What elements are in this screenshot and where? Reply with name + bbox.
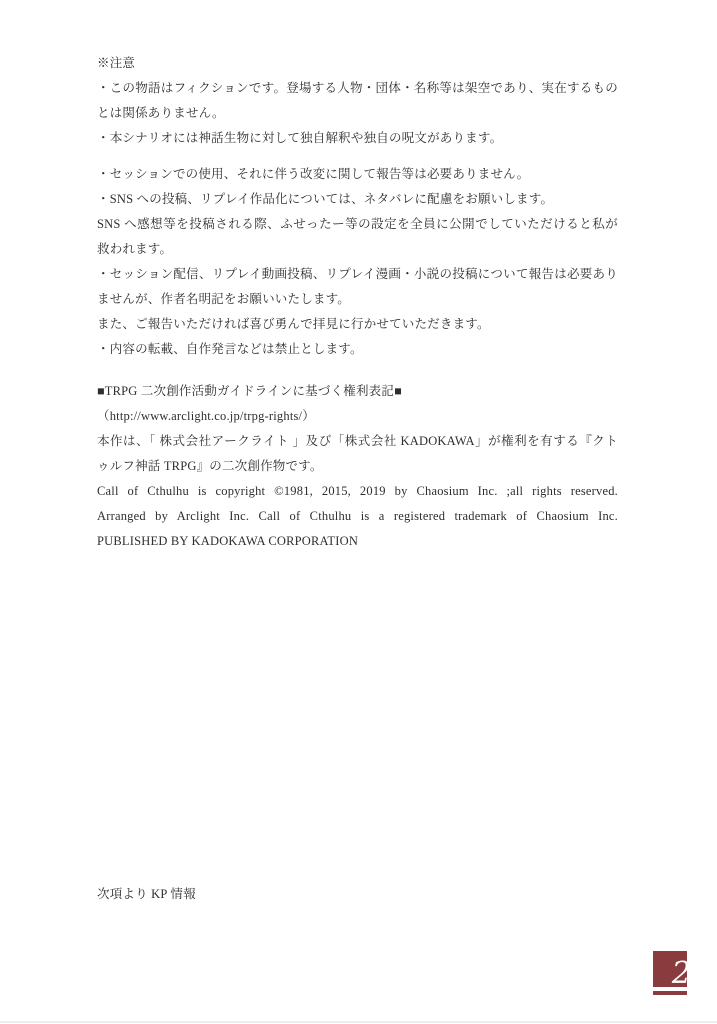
accent-bar <box>653 991 687 995</box>
notice-line: ・この物語はフィクションです。登場する人物・団体・名称等は架空であり、実在するも… <box>97 76 618 101</box>
notice-line: ・本シナリオには神話生物に対して独自解釈や独自の呪文があります。 <box>97 126 618 151</box>
rights-url: （http://www.arclight.co.jp/trpg-rights/） <box>97 404 618 429</box>
notice-line: SNS へ感想等を投稿される際、ふせったー等の設定を全員に公開でしていただけると… <box>97 212 618 237</box>
document-page: ※注意 ・この物語はフィクションです。登場する人物・団体・名称等は架空であり、実… <box>0 0 717 1024</box>
rights-line: ゥルフ神話 TRPG』の二次創作物です。 <box>97 454 618 479</box>
page-number-badge: 2 <box>653 951 687 987</box>
notice-line: 救われます。 <box>97 237 618 262</box>
rights-line: 本作は、「 株式会社アークライト 」及び「株式会社 KADOKAWA」が権利を有… <box>97 429 618 454</box>
rights-heading: ■TRPG 二次創作活動ガイドラインに基づく権利表記■ <box>97 379 618 404</box>
notice-line: ・SNS への投稿、リプレイ作品化については、ネタバレに配慮をお願いします。 <box>97 187 618 212</box>
notice-line: とは関係ありません。 <box>97 101 618 126</box>
notice-line: ・セッション配信、リプレイ動画投稿、リプレイ漫画・小説の投稿について報告は必要あ… <box>97 262 618 287</box>
notice-line: ・セッションでの使用、それに伴う改変に関して報告等は必要ありません。 <box>97 162 618 187</box>
copyright-line: Arranged by Arclight Inc. Call of Cthulh… <box>97 504 618 529</box>
page-bottom-edge <box>0 1021 717 1023</box>
copyright-line: PUBLISHED BY KADOKAWA CORPORATION <box>97 529 618 554</box>
notice-line: また、ご報告いただければ喜び勇んで拝見に行かせていただきます。 <box>97 312 618 337</box>
notice-text-block: ※注意 ・この物語はフィクションです。登場する人物・団体・名称等は架空であり、実… <box>97 51 618 907</box>
copyright-line: Call of Cthulhu is copyright ©1981, 2015… <box>97 479 618 504</box>
notice-heading: ※注意 <box>97 51 618 76</box>
notice-line: ・内容の転載、自作発言などは禁止とします。 <box>97 337 618 362</box>
page-number: 2 <box>672 959 691 989</box>
notice-line: ませんが、作者名明記をお願いいたします。 <box>97 287 618 312</box>
next-section-note: 次項より KP 情報 <box>97 882 618 907</box>
